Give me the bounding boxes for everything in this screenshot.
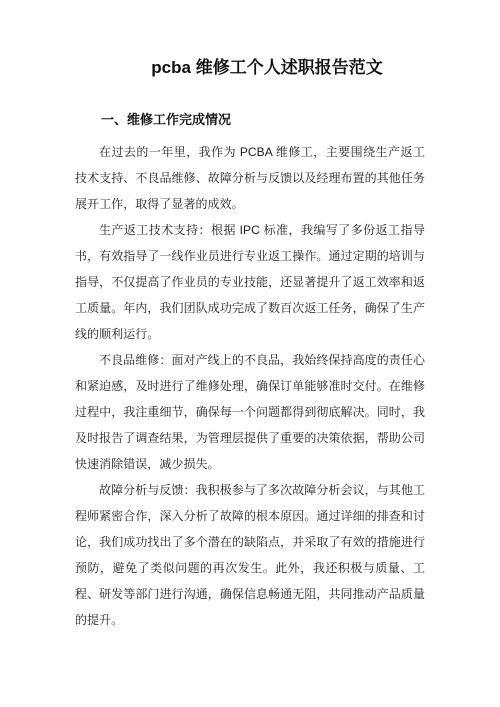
- paragraph-defective-product-repair: 不良品维修：面对产线上的不良品，我始终保持高度的责任心和紧迫感，及时进行了维修处…: [75, 347, 425, 477]
- paragraph-rework-technical-support: 生产返工技术支持：根据 IPC 标准，我编写了多份返工指导书，有效指导了一线作业…: [75, 217, 425, 347]
- section-heading-repair-work-completion: 一、维修工作完成情况: [75, 107, 425, 133]
- document-title: pcba 维修工个人述职报告范文: [75, 56, 425, 80]
- paragraph-failure-analysis-feedback: 故障分析与反馈：我积极参与了多次故障分析会议，与其他工程师紧密合作，深入分析了故…: [75, 477, 425, 633]
- document-page: pcba 维修工个人述职报告范文 一、维修工作完成情况 在过去的一年里，我作为 …: [0, 0, 500, 707]
- paragraph-yearly-overview: 在过去的一年里，我作为 PCBA 维修工，主要围绕生产返工技术支持、不良品维修、…: [75, 139, 425, 217]
